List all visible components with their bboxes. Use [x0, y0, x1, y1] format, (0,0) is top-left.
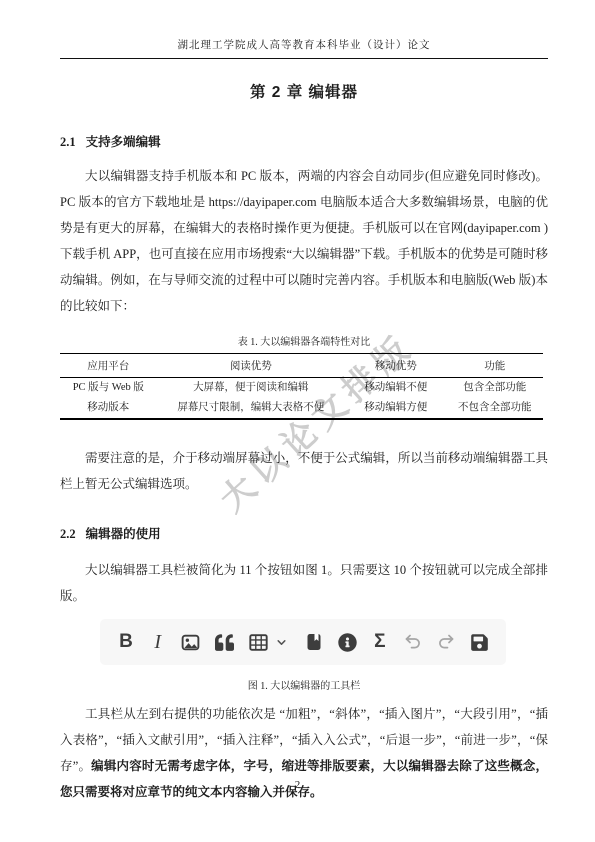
page-number: 2: [0, 779, 595, 791]
running-header: 湖北理工学院成人高等教育本科毕业（设计）论文: [60, 37, 548, 59]
bold-icon: B: [117, 630, 135, 654]
page-content: 湖北理工学院成人高等教育本科毕业（设计）论文 第 2 章 编辑器 2.1支持多端…: [60, 0, 548, 805]
section-heading-2-2: 2.2编辑器的使用: [60, 524, 548, 542]
chevron-down-icon: [273, 630, 291, 654]
section-title: 编辑器的使用: [86, 527, 161, 541]
save-icon: [470, 630, 489, 654]
figure-caption: 图 1. 大以编辑器的工具栏: [60, 677, 548, 692]
section-title: 支持多端编辑: [86, 135, 161, 149]
document-page: 大以论文排版 湖北理工学院成人高等教育本科毕业（设计）论文 第 2 章 编辑器 …: [0, 0, 595, 842]
paragraph: 大以编辑器工具栏被简化为 11 个按钮如图 1。只需要这 10 个按钮就可以完成…: [60, 557, 548, 609]
insert-table-icon: [248, 630, 269, 654]
column-header: 移动优势: [345, 354, 446, 378]
table-cell: 大屏幕，便于阅读和编辑: [157, 378, 345, 399]
table-cell: 移动版本: [60, 398, 157, 419]
column-header: 应用平台: [60, 354, 157, 378]
section-number: 2.2: [60, 527, 76, 541]
column-header: 阅读优势: [157, 354, 345, 378]
table-row: 移动版本 屏幕尺寸限制，编辑大表格不便 移动编辑方便 不包含全部功能: [60, 398, 543, 419]
section-heading-2-1: 2.1支持多端编辑: [60, 132, 548, 150]
blockquote-icon: [215, 630, 234, 654]
editor-toolbar-figure: B I: [100, 619, 506, 665]
italic-icon: I: [149, 630, 167, 654]
table-caption: 表 1. 大以编辑器各端特性对比: [60, 333, 548, 348]
table-cell: 屏幕尺寸限制，编辑大表格不便: [157, 398, 345, 419]
info-icon: [338, 630, 357, 654]
redo-icon: [436, 630, 456, 654]
table-cell: 包含全部功能: [446, 378, 543, 399]
column-header: 功能: [446, 354, 543, 378]
table-header-row: 应用平台 阅读优势 移动优势 功能: [60, 354, 543, 378]
table-cell: 不包含全部功能: [446, 398, 543, 419]
chapter-title: 第 2 章 编辑器: [60, 80, 548, 102]
section-number: 2.1: [60, 135, 76, 149]
formula-sigma-icon: Σ: [371, 630, 389, 654]
insert-table-control: [248, 630, 291, 654]
citation-icon: [304, 630, 324, 654]
paragraph: 需要注意的是，介于移动端屏幕过小，不便于公式编辑，所以当前移动端编辑器工具栏上暂…: [60, 445, 548, 497]
paragraph: 大以编辑器支持手机版本和 PC 版本，两端的内容会自动同步(但应避免同时修改)。…: [60, 163, 548, 319]
insert-image-icon: [180, 630, 201, 654]
comparison-table: 应用平台 阅读优势 移动优势 功能 PC 版与 Web 版 大屏幕，便于阅读和编…: [60, 353, 543, 420]
table-cell: 移动编辑不便: [345, 378, 446, 399]
table-row: PC 版与 Web 版 大屏幕，便于阅读和编辑 移动编辑不便 包含全部功能: [60, 378, 543, 399]
table-cell: 移动编辑方便: [345, 398, 446, 419]
table-cell: PC 版与 Web 版: [60, 378, 157, 399]
undo-icon: [403, 630, 423, 654]
